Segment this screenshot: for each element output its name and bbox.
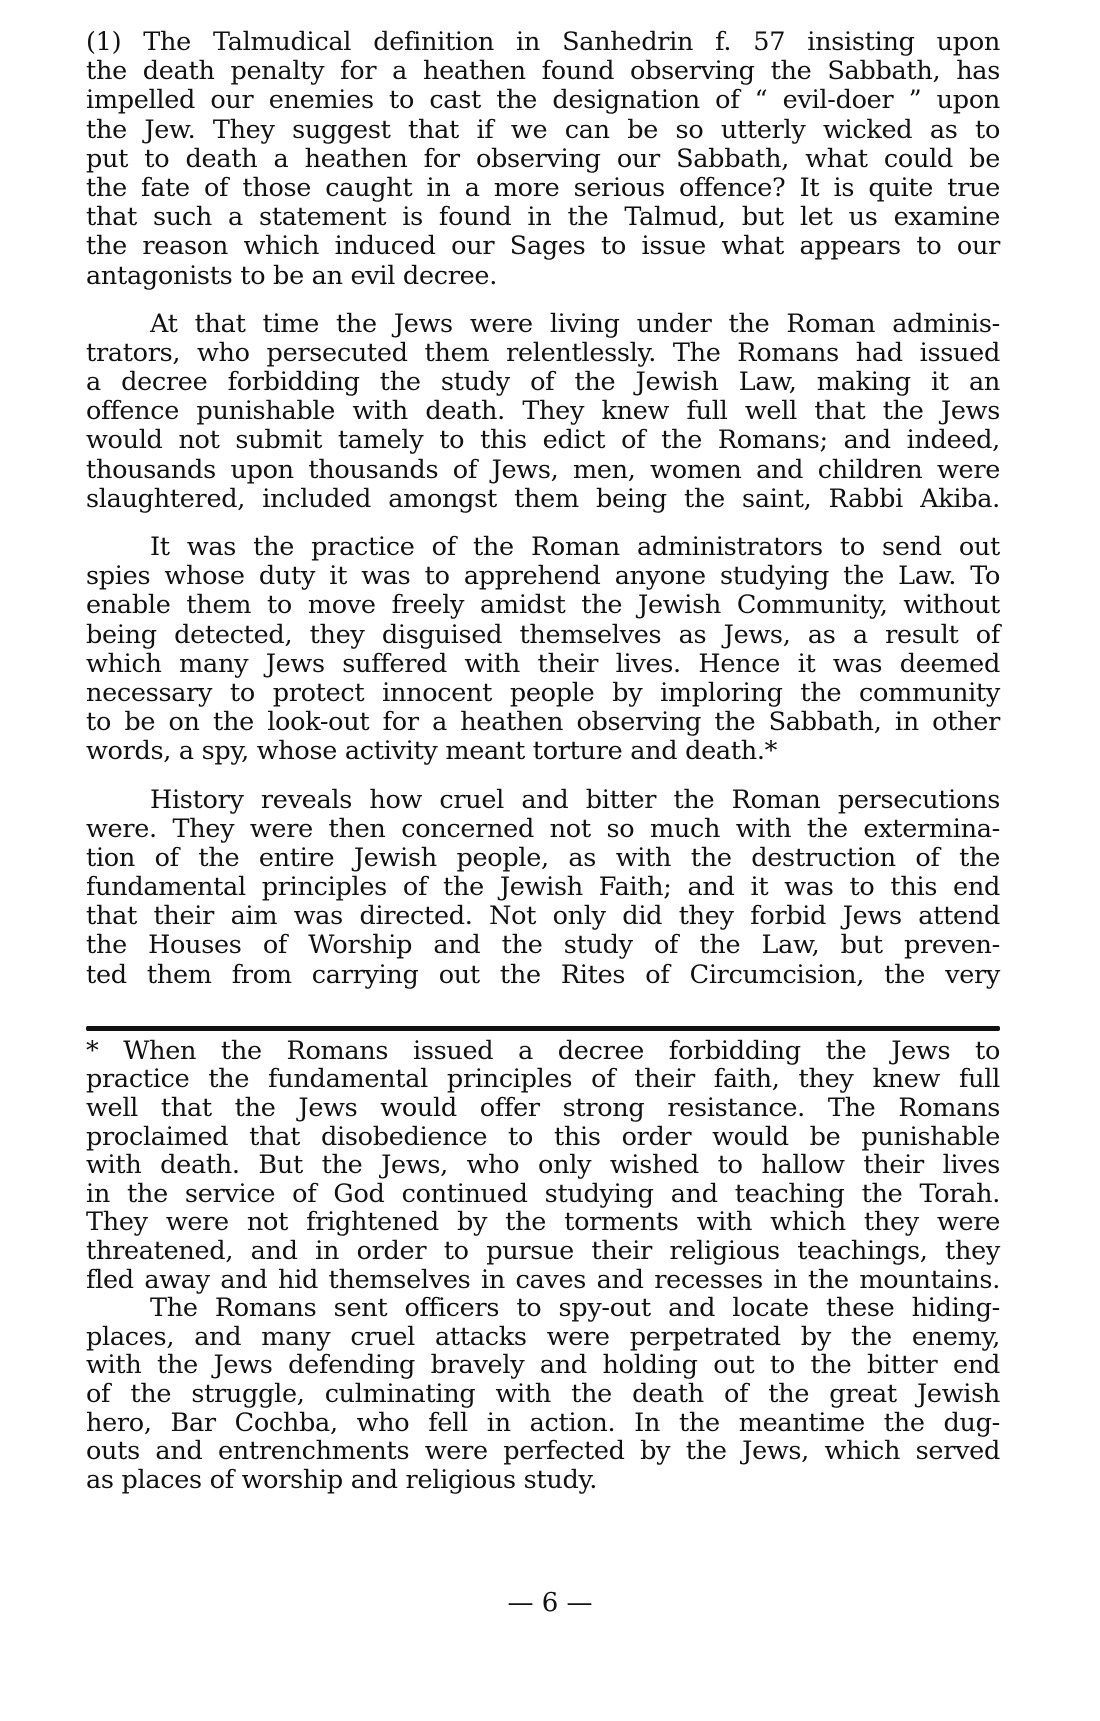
text-line: thousands upon thousands of Jews, men, w… [86, 456, 1000, 485]
text-line: spies whose duty it was to apprehend any… [86, 562, 1000, 591]
paragraph-spies: It was the practice of the Roman adminis… [86, 533, 1000, 767]
footnote: * When the Romans issued a decree forbid… [86, 1037, 1000, 1495]
text-line: offence punishable with death. They knew… [86, 397, 1000, 426]
text-line: hero, Bar Cochba, who fell in action. In… [86, 1409, 1000, 1438]
text-line: with the Jews defending bravely and hold… [86, 1351, 1000, 1380]
text-line: the Jew. They suggest that if we can be … [86, 116, 1000, 145]
text-line: tion of the entire Jewish people, as wit… [86, 844, 1000, 873]
text-line: places, and many cruel attacks were perp… [86, 1323, 1000, 1352]
text-line: would not submit tamely to this edict of… [86, 426, 1000, 455]
text-line: They were not frightened by the torments… [86, 1208, 1000, 1237]
text-line: as places of worship and religious study… [86, 1466, 1000, 1495]
text-line: necessary to protect innocent people by … [86, 679, 1000, 708]
text-line: in the service of God continued studying… [86, 1180, 1000, 1209]
footnote-paragraph: The Romans sent officers to spy-out and … [86, 1294, 1000, 1494]
text-line: trators, who persecuted them relentlessl… [86, 339, 1000, 368]
text-line: words, a spy, whose activity meant tortu… [86, 737, 1000, 766]
text-line: impelled our enemies to cast the designa… [86, 86, 1000, 115]
text-line: outs and entrenchments were perfected by… [86, 1437, 1000, 1466]
footnote-divider [86, 1026, 1000, 1031]
text-line: were. They were then concerned not so mu… [86, 815, 1000, 844]
text-line: the fate of those caught in a more serio… [86, 174, 1000, 203]
text-line: a decree forbidding the study of the Jew… [86, 368, 1000, 397]
text-line: antagonists to be an evil decree. [86, 262, 1000, 291]
document-page: (1) The Talmudical definition in Sanhedr… [86, 28, 1000, 1494]
paragraph-history: History reveals how cruel and bitter the… [86, 786, 1000, 990]
text-line: * When the Romans issued a decree forbid… [86, 1037, 1000, 1066]
text-line: enable them to move freely amidst the Je… [86, 591, 1000, 620]
text-line: threatened, and in order to pursue their… [86, 1237, 1000, 1266]
text-line: History reveals how cruel and bitter the… [86, 786, 1000, 815]
footnote-paragraph: * When the Romans issued a decree forbid… [86, 1037, 1000, 1294]
text-line: the death penalty for a heathen found ob… [86, 57, 1000, 86]
text-line: ted them from carrying out the Rites of … [86, 961, 1000, 990]
text-line: fled away and hid themselves in caves an… [86, 1266, 1000, 1295]
paragraph-talmudical-definition: (1) The Talmudical definition in Sanhedr… [86, 28, 1000, 291]
text-line: The Romans sent officers to spy-out and … [86, 1294, 1000, 1323]
text-line: to be on the look-out for a heathen obse… [86, 708, 1000, 737]
text-line: It was the practice of the Roman adminis… [86, 533, 1000, 562]
text-line: of the struggle, culminating with the de… [86, 1380, 1000, 1409]
paragraph-roman-administrators: At that time the Jews were living under … [86, 310, 1000, 514]
text-line: with death. But the Jews, who only wishe… [86, 1151, 1000, 1180]
text-line: proclaimed that disobedience to this ord… [86, 1123, 1000, 1152]
text-line: which many Jews suffered with their live… [86, 650, 1000, 679]
text-line: well that the Jews would offer strong re… [86, 1094, 1000, 1123]
page-number: — 6 — [0, 1588, 1100, 1618]
text-line: practice the fundamental principles of t… [86, 1065, 1000, 1094]
text-line: being detected, they disguised themselve… [86, 621, 1000, 650]
text-line: put to death a heathen for observing our… [86, 145, 1000, 174]
text-line: (1) The Talmudical definition in Sanhedr… [86, 28, 1000, 57]
text-line: fundamental principles of the Jewish Fai… [86, 873, 1000, 902]
text-line: that their aim was directed. Not only di… [86, 902, 1000, 931]
text-line: At that time the Jews were living under … [86, 310, 1000, 339]
text-line: slaughtered, included amongst them being… [86, 485, 1000, 514]
text-line: that such a statement is found in the Ta… [86, 203, 1000, 232]
text-line: the reason which induced our Sages to is… [86, 232, 1000, 261]
text-line: the Houses of Worship and the study of t… [86, 931, 1000, 960]
